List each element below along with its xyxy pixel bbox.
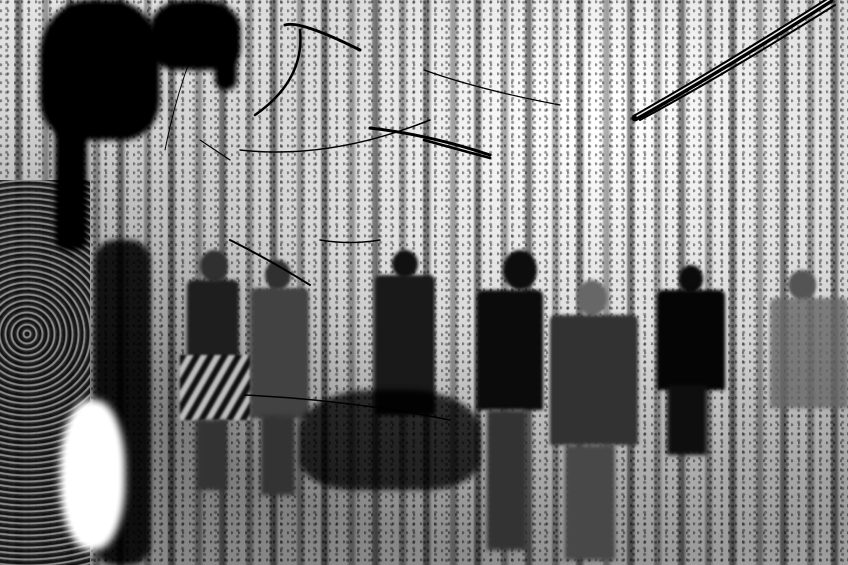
scratch-lines <box>0 0 848 565</box>
double-stripe-streak <box>635 0 835 120</box>
grunge-photo <box>0 0 848 565</box>
